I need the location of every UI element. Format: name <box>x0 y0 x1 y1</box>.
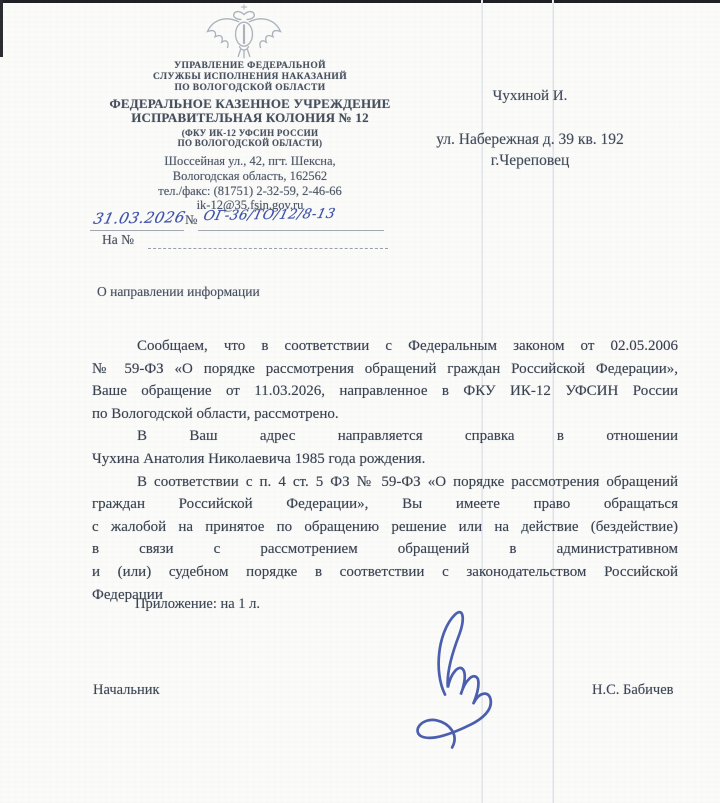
reply-to-blank-line <box>148 248 388 249</box>
body-line: в связи с рассмотрением обращений в адми… <box>92 538 678 561</box>
date-underline <box>90 230 184 231</box>
recipient-street: ул. Набережная д. 39 кв. 192 <box>395 129 665 150</box>
scan-top-edge <box>0 0 720 3</box>
number-underline <box>198 230 384 231</box>
body-line: Ваше обращение от 11.03.2026, направленн… <box>92 380 678 403</box>
handwritten-outgoing-number: ОГ-36/ТО/12/8-13 <box>202 206 337 224</box>
fsin-eagle-emblem <box>198 3 290 60</box>
letterhead: УПРАВЛЕНИЕ ФЕДЕРАЛЬНОЙ СЛУЖБЫ ИСПОЛНЕНИЯ… <box>70 61 430 213</box>
org-abbr: (ФКУ ИК-12 УФСИН РОССИИ <box>70 128 430 138</box>
body-line: № 59-ФЗ «О порядке рассмотрения обращени… <box>92 358 678 381</box>
recipient-city: г.Череповец <box>395 150 665 171</box>
org-line: СЛУЖБЫ ИСПОЛНЕНИЯ НАКАЗАНИЙ <box>70 72 430 83</box>
recipient-name: Чухиной И. <box>395 88 665 105</box>
body-line: с жалобой на принятое по обращению решен… <box>92 516 678 539</box>
attachment-line: Приложение: на 1 л. <box>135 596 260 613</box>
recipient-block: Чухиной И. ул. Набережная д. 39 кв. 192 … <box>395 88 665 171</box>
scan-left-edge <box>0 0 3 57</box>
org-name: ФЕДЕРАЛЬНОЕ КАЗЕННОЕ УЧРЕЖДЕНИЕ <box>70 97 430 111</box>
org-abbr: ПО ВОЛОГОДСКОЙ ОБЛАСТИ) <box>70 138 430 148</box>
signer-position: Начальник <box>93 682 160 699</box>
signature-ink-icon <box>405 606 505 756</box>
body-line: по Вологодской области, рассмотрено. <box>92 403 678 426</box>
body-line: граждан Российской Федерации», Вы имеете… <box>92 493 678 516</box>
letter-body: Сообщаем, что в соответствии с Федеральн… <box>92 335 678 606</box>
org-line: ПО ВОЛОГОДСКОЙ ОБЛАСТИ <box>70 83 430 94</box>
reply-to-label: На № <box>102 232 134 248</box>
org-region-address: Вологодская область, 162562 <box>70 169 430 184</box>
body-line: В соответствии с п. 4 ст. 5 ФЗ № 59-ФЗ «… <box>92 471 678 494</box>
org-phone: тел./факс: (81751) 2-32-59, 2-46-66 <box>70 184 430 199</box>
org-street-address: Шоссейная ул., 42, пгт. Шексна, <box>70 154 430 169</box>
body-line: и (или) судебном порядке в соответствии … <box>92 561 678 584</box>
org-name: ИСПРАВИТЕЛЬНАЯ КОЛОНИЯ № 12 <box>70 111 430 125</box>
recipient-address: ул. Набережная д. 39 кв. 192 г.Череповец <box>395 129 665 171</box>
org-line: УПРАВЛЕНИЕ ФЕДЕРАЛЬНОЙ <box>70 61 430 72</box>
body-line: Чухина Анатолия Николаевича 1985 года ро… <box>92 448 678 471</box>
handwritten-date: 31.03.2026 <box>92 208 187 228</box>
scanned-letter-page: УПРАВЛЕНИЕ ФЕДЕРАЛЬНОЙ СЛУЖБЫ ИСПОЛНЕНИЯ… <box>0 0 720 803</box>
subject-line: О направлении информации <box>97 284 260 300</box>
body-line: Сообщаем, что в соответствии с Федеральн… <box>92 335 678 358</box>
signer-name: Н.С. Бабичев <box>592 682 674 699</box>
number-sign: № <box>185 212 197 228</box>
body-line: В Ваш адрес направляется справка в отнош… <box>92 425 678 448</box>
